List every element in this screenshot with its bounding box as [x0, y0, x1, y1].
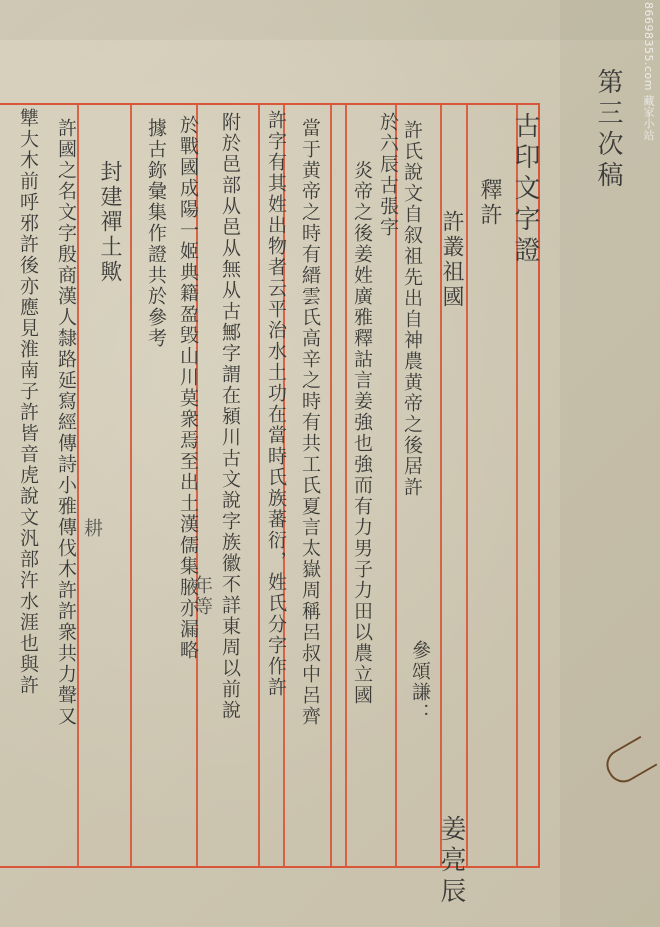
text-column-annotation: 於六辰古張字	[378, 112, 397, 238]
watermark: 86698355.com 藏家小站	[640, 2, 656, 141]
text-column-heading: 封建禪土歟	[98, 160, 120, 285]
text-column: 附於邑部从邑从無从古鄦字謂在潁川古文說字族徽不詳東周以前說	[220, 112, 239, 721]
document-title: 古印文字證	[512, 112, 538, 267]
margin-note: 第三次稿	[595, 68, 621, 192]
text-column: 許字有其姓出物者云平治水土功在當時氏族蕃衍，姓氏分字作許	[266, 110, 285, 698]
section-heading: 許叢祖國	[440, 210, 462, 310]
text-column: 許國之名文字殷商漢人隸路延寫經傳詩小雅傳伐木許許衆共力聲又	[56, 118, 75, 727]
manuscript-page: 第三次稿 古印文字證 釋許 許叢祖國 許氏說文自叙祖先出自神農黄帝之後居許 於六…	[0, 0, 660, 927]
red-rule	[345, 103, 347, 868]
interlinear-note: 耕	[82, 518, 101, 539]
red-rule	[466, 103, 468, 868]
red-rule	[130, 103, 132, 868]
document-subtitle: 釋許	[478, 178, 500, 228]
text-column: 許氏說文自叙祖先出自神農黄帝之後居許	[402, 120, 421, 498]
red-rule	[330, 103, 332, 868]
text-column: 犨大木前呼邪許後亦應見淮南子許皆音虎說文汎部汻水涯也與許	[18, 108, 37, 696]
text-column: 據古鉨彙集作證共於參考	[146, 118, 165, 349]
red-rule	[77, 103, 79, 868]
interlinear-note: 年等	[192, 575, 211, 617]
note-column: 參頌謙：	[410, 640, 429, 724]
red-rule	[258, 103, 260, 868]
text-column: 炎帝之後姜姓廣雅釋詁言姜強也強而有力男子力田以農立國	[352, 160, 371, 706]
text-column: 當于黄帝之時有縉雲氏高辛之時有共工氏夏言太嶽周稱呂叔中呂齊	[300, 118, 319, 727]
author-signature: 姜亮辰	[438, 815, 464, 908]
